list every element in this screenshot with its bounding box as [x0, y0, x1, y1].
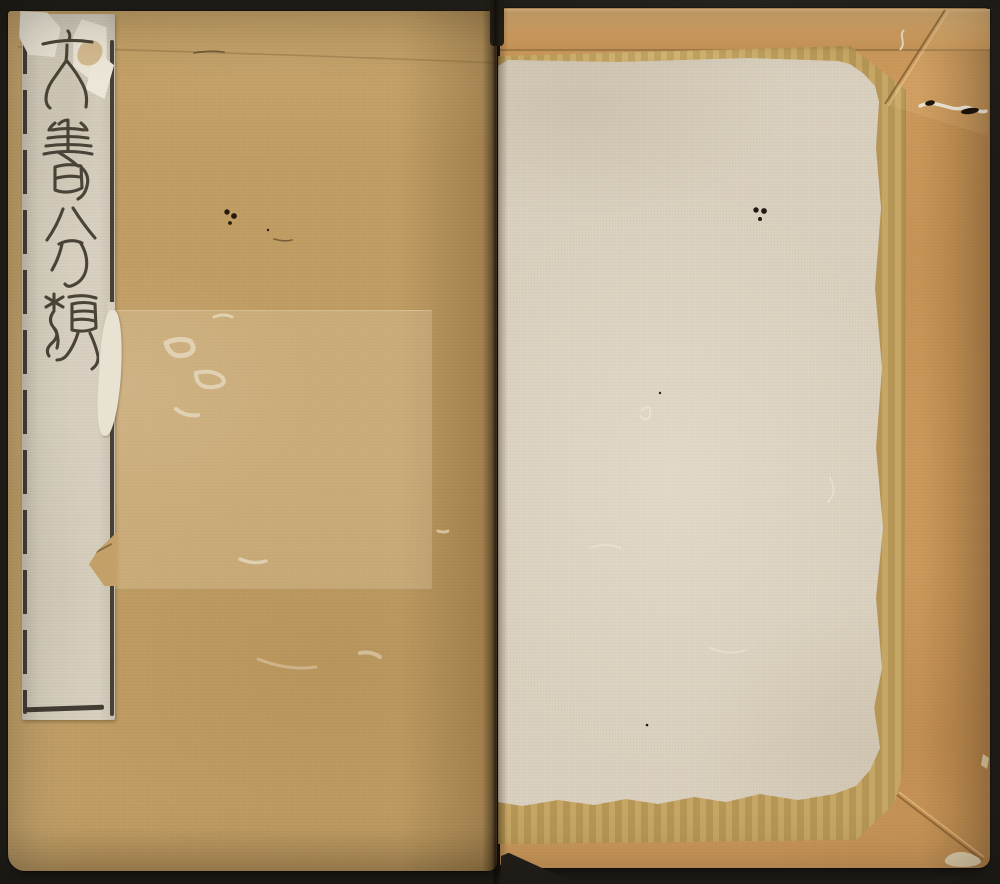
title-character-3: [47, 208, 95, 286]
slip-border-left: [23, 30, 27, 714]
left-cover: [8, 11, 497, 871]
title-slip: [22, 14, 115, 720]
inside-cover: [500, 8, 990, 868]
pasted-endpaper: [498, 58, 894, 824]
scanned-book-spread: 六書分類: [0, 0, 1000, 884]
gutter-shadow: [482, 0, 508, 884]
slip-border-bottom: [26, 705, 104, 713]
corner-fold-bottom-right: [897, 792, 984, 860]
top-fold-band: [500, 9, 990, 51]
title-character-1: [43, 31, 92, 108]
title-character-4: [46, 294, 98, 369]
wormholes-left: [224, 209, 269, 231]
title-calligraphy: [35, 26, 99, 382]
corner-chips: [945, 754, 989, 867]
label-removal-patch: [112, 310, 432, 590]
slip-notch-tear: [89, 532, 117, 586]
scratch-marks: [194, 51, 292, 241]
title-character-2: [44, 120, 92, 199]
